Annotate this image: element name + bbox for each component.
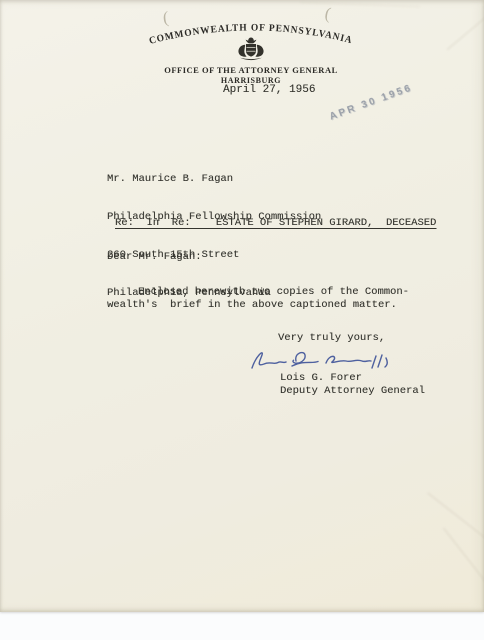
- signature-typed-name: Lois G. Forer: [280, 372, 362, 385]
- body-line: Enclosed herewith two copies of the Comm…: [138, 286, 409, 299]
- signature-ink-stroke: [252, 353, 387, 368]
- pennsylvania-coat-of-arms-icon: [236, 37, 266, 62]
- signature-typed-title: Deputy Attorney General: [280, 385, 425, 398]
- received-date-stamp: APR 30 1956: [328, 82, 414, 122]
- crease-mark: [447, 11, 484, 50]
- letter-paper: ( ( COMMONWEALTH OF PENNSYLVANIA OFFICE …: [0, 0, 484, 612]
- date-line: April 27, 1956: [223, 84, 315, 97]
- salutation: Dear Mr. Fagan:: [107, 251, 202, 264]
- closing-line: Very truly yours,: [278, 332, 385, 345]
- crease-mark: [300, 2, 420, 7]
- subject-line: Re: In Re: ESTATE OF STEPHEN GIRARD, DEC…: [115, 217, 436, 230]
- crease-mark: [443, 528, 484, 584]
- body-line: wealth's brief in the above captioned ma…: [107, 299, 397, 312]
- office-line: OFFICE OF THE ATTORNEY GENERAL: [106, 65, 396, 75]
- recipient-name: Mr. Maurice B. Fagan: [107, 173, 321, 186]
- crease-mark: [427, 492, 484, 548]
